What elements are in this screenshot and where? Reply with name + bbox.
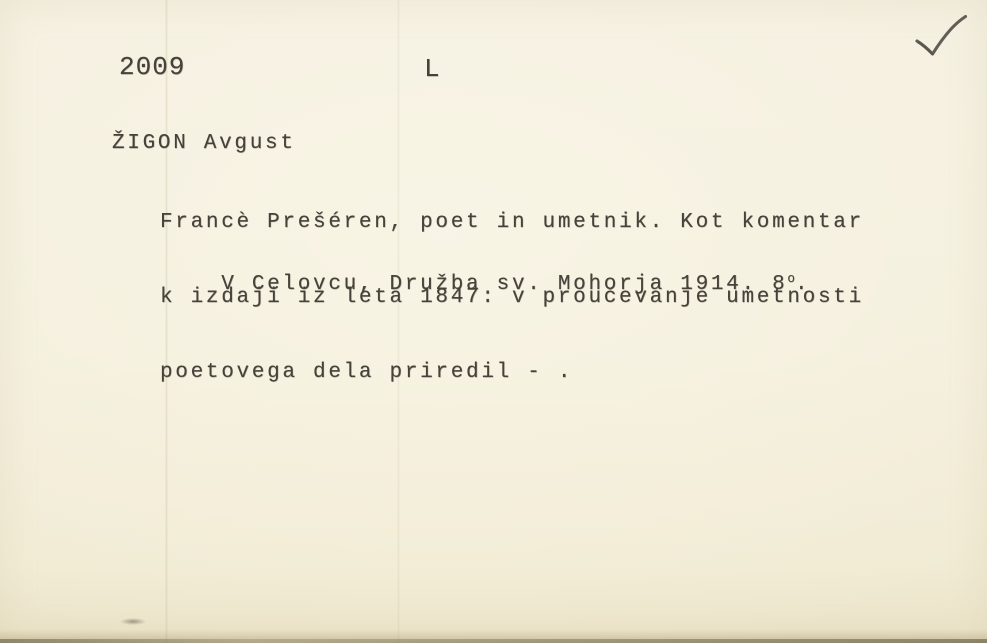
author-heading: ŽIGON Avgust — [112, 132, 296, 155]
imprint-period: . — [795, 273, 810, 296]
catalog-number: 2009 — [119, 52, 185, 82]
card-bottom-edge — [0, 639, 987, 643]
title-line: Francè Prešéren, poet in umetnik. Kot ko… — [160, 210, 864, 235]
imprint-line: V Celovcu, Družba sv. Mohorja 1914. 8o. — [160, 249, 810, 319]
imprint-text: V Celovcu, Družba sv. Mohorja 1914. 8 — [221, 273, 787, 296]
catalog-card: 2009 L ŽIGON Avgust Francè Prešéren, poe… — [0, 0, 987, 643]
scan-shadow — [0, 629, 987, 643]
classification-letter: L — [424, 54, 440, 84]
handwritten-checkmark-icon — [905, 8, 977, 64]
ink-smudge — [120, 618, 146, 625]
title-line: poetovega dela priredil - . — [160, 360, 864, 385]
format-superscript: o — [787, 272, 795, 286]
